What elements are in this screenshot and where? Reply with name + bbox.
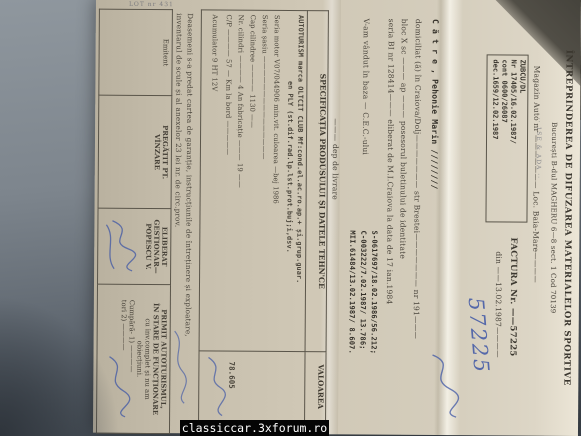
gestionar-signature [102, 215, 142, 275]
registry-line: Nr 17405/16.02.1987/ [507, 59, 517, 217]
spec-row: Nr. cilindri ———— 4 An fabricație ——— 19… [236, 15, 245, 188]
dep-livrare-line: ——— dep de livrare [331, 118, 341, 200]
spec-body: AUTOTURISM marca OLTCIT CLUB Mf:cond.el.… [201, 10, 307, 349]
primit-line: PRIMIT AUTOTURISMUL, [159, 286, 168, 432]
handwritten-value-scribble [202, 353, 228, 419]
primit-line: ÎN STARE DE FUNCȚIONARE [151, 286, 160, 432]
predat-paragraph-line: Deasemeni s-a predat cartea de garanție,… [184, 13, 195, 337]
handwritten-note [168, 327, 189, 407]
spec-row: Cap cilindree ———— 1130 —— [248, 15, 257, 128]
gestionar-label: GESTIONAR— [152, 210, 161, 283]
invoice-date: din ——13.02.1987———— [494, 251, 504, 357]
cec-line: C-003222/7.02.1987/ 13.786; [359, 230, 368, 349]
bloc-line: bloc X sc ——— ap ——— posesorul buletinul… [398, 19, 409, 259]
valoare-header: VALOAREA [305, 352, 326, 422]
pregatit-label2: VÎNZARE [153, 97, 162, 207]
magazin-line: Magazin Auto nr ——————— Loc. Baia-Mare——… [531, 66, 542, 283]
spec-header: SPECIFICAȚIA PRODUSULUI ȘI DATELE TEHN'C… [305, 11, 328, 352]
margin-print-corner: LOT nr 431 [129, 1, 174, 8]
photo-of-invoice: ·· 1SE & ADA ·· LOT nr 431 ÎNTREPRINDERE… [0, 0, 581, 436]
total-value: 78.605 [227, 362, 236, 389]
catre-line: C ă t r e , Pehonie Marin //////// [430, 19, 440, 190]
eliberat-label: ELIBERAT [160, 210, 169, 283]
cec-line: S-0617697/18.02.1986/56.212; [370, 231, 379, 355]
company-name: ÎNTREPRINDEREA DE DIFUZAREA MATERIALELOR… [561, 0, 574, 436]
spec-row: Acumulator 9 HT 12V [210, 14, 219, 91]
pregatit-label: PREGĂTIT PT. [161, 97, 170, 207]
invoice-document: ·· 1SE & ADA ·· LOT nr 431 ÎNTREPRINDERE… [93, 0, 581, 436]
registry-line: ZUBCU/DL [516, 60, 526, 218]
background-shadow-bottom-left [0, 296, 120, 436]
spec-row: Seria motor V07/044906 min.vit. culoarea… [272, 15, 281, 204]
vam-vandut-line: V-am vândut în baza — C.E.C.-ului [361, 18, 371, 155]
address-line: domiciliat (ă) în Craiova/Dolj——————— st… [412, 19, 423, 339]
cec-line: MII.61484/13.02.1987/ 8.607. [348, 230, 357, 354]
registry-stamp-box: ZUBCU/DL Nr 17405/16.02.1987/ cont 0600/… [485, 54, 528, 222]
registry-line: dec.1659/12.02.1987 [489, 59, 499, 217]
cumparatori-line: Cumpără- 1) ———— [127, 286, 136, 432]
emitent-label: Emitent [161, 11, 170, 94]
spec-row: C/P ———— 57 — Km la bord ————— [224, 15, 233, 156]
handwritten-invoice-number: 57225 [464, 296, 494, 374]
specification-table: SPECIFICAȚIA PRODUSULUI ȘI DATELE TEHN'C… [198, 9, 329, 422]
forum-watermark: classiccar.3xforum.ro [180, 420, 329, 436]
company-address: București B-dul MAGHERU 6—8 sect. 1 Cod … [548, 0, 559, 436]
invoice-title: FACTURA Nr. ——57225 [509, 238, 520, 357]
primit-line: obiecțiuni. [135, 286, 144, 432]
spec-row: AUTOTURISM marca OLTCIT CLUB Mf:cond.el.… [295, 15, 305, 283]
predat-paragraph-line: inventarul de scule și al anexelor 23 le… [173, 13, 183, 227]
spec-row: Seria șasiu ——————————————— [260, 15, 269, 160]
seria-line: seria BI nr 128414——— eliberat de M.I.Cr… [385, 19, 396, 305]
spec-row: en PLY (st.dif.rad.lp.lst.prot.buj;i,dsv… [285, 81, 294, 253]
